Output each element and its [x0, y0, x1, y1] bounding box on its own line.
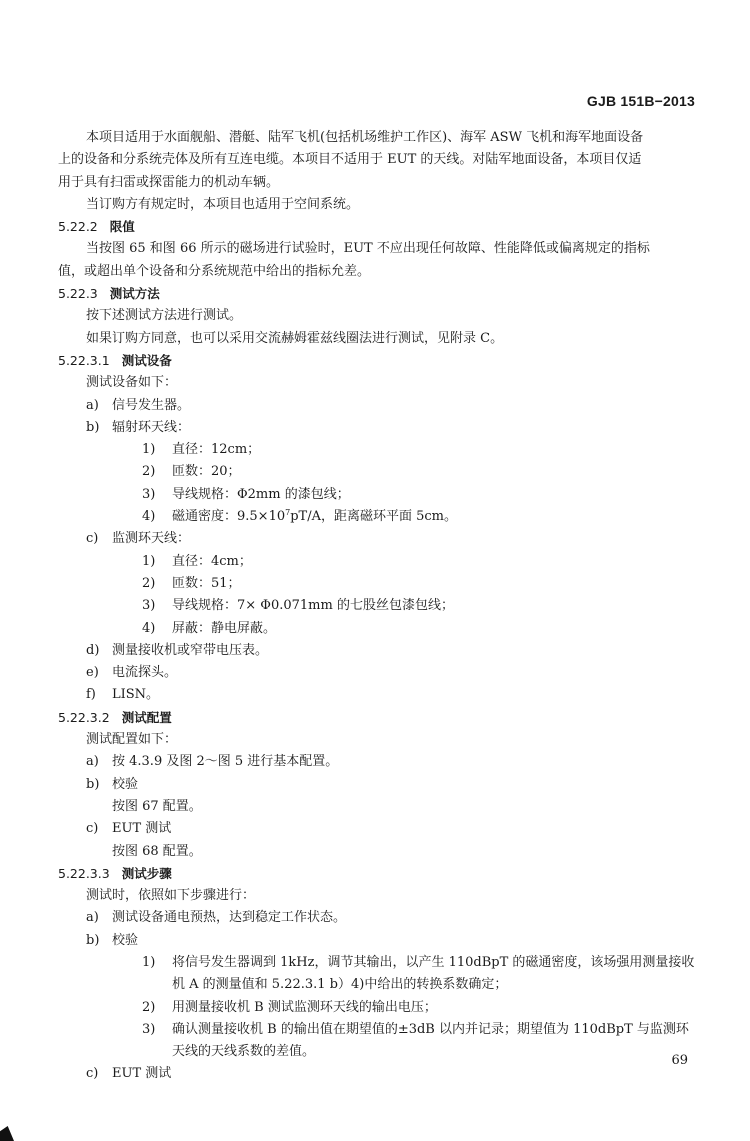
procedure-intro: 测试时，依照如下步骤进行：	[58, 885, 698, 907]
list-text: 导线规格：Φ2mm 的漆包线；	[172, 487, 350, 502]
list-marker: 4)	[142, 618, 172, 640]
list-marker: 1)	[142, 952, 172, 974]
section-number: 5.22.3.2	[58, 707, 110, 729]
section-heading-5-22-3-2: 5.22.3.2测试配置	[58, 707, 698, 729]
list-text: 校验	[112, 777, 138, 792]
list-item: b)校验	[58, 930, 698, 952]
list-marker: c)	[86, 1063, 112, 1085]
standard-code-header: GJB 151B−2013	[587, 93, 695, 109]
list-text: 电流探头。	[112, 665, 177, 680]
section-heading-5-22-3-3: 5.22.3.3测试步骤	[58, 863, 698, 885]
sub-list-item: 4)屏蔽：静电屏蔽。	[58, 618, 698, 640]
method-paragraph: 如果订购方同意，也可以采用交流赫姆霍兹线圈法进行测试，见附录 C。	[58, 328, 698, 350]
sub-list-item: 1)直径：4cm；	[58, 551, 698, 573]
list-item: a)信号发生器。	[58, 395, 698, 417]
section-title: 测试设备	[122, 353, 172, 368]
list-text: 直径：12cm；	[172, 442, 260, 457]
list-marker: e)	[86, 662, 112, 684]
section-heading-5-22-3: 5.22.3测试方法	[58, 283, 698, 305]
section-number: 5.22.3.3	[58, 863, 110, 885]
list-item: f)LISN。	[58, 684, 698, 706]
list-marker: 3)	[142, 595, 172, 617]
list-text: 磁通密度：9.5×10	[172, 509, 285, 524]
sub-list-item: 3)导线规格：7× Φ0.071mm 的七股丝包漆包线；	[58, 595, 698, 617]
intro-paragraph-2: 当订购方有规定时，本项目也适用于空间系统。	[58, 194, 698, 216]
section-number: 5.22.2	[58, 216, 98, 238]
list-text: 测量接收机或窄带电压表。	[112, 643, 268, 658]
list-marker: 3)	[142, 484, 172, 506]
list-text: LISN。	[112, 687, 159, 702]
sub-list-item: 3)确认测量接收机 B 的输出值在期望值的±3dB 以内并记录；期望值为 110…	[58, 1019, 698, 1041]
section-heading-5-22-3-1: 5.22.3.1测试设备	[58, 350, 698, 372]
list-marker: 2)	[142, 997, 172, 1019]
scan-artifact	[0, 1126, 14, 1141]
list-detail: 按图 67 配置。	[58, 796, 698, 818]
sub-list-item: 1)直径：12cm；	[58, 439, 698, 461]
list-marker: a)	[86, 907, 112, 929]
sub-list-item: 4)磁通密度：9.5×107pT/A，距离磁环平面 5cm。	[58, 506, 698, 528]
list-text: 屏蔽：静电屏蔽。	[172, 621, 276, 636]
list-text: 匝数：20；	[172, 464, 241, 479]
list-item: b)校验	[58, 774, 698, 796]
section-number: 5.22.3.1	[58, 350, 110, 372]
list-text: 直径：4cm；	[172, 554, 252, 569]
list-item: a)按 4.3.9 及图 2～图 5 进行基本配置。	[58, 751, 698, 773]
list-text: 导线规格：7× Φ0.071mm 的七股丝包漆包线；	[172, 598, 454, 613]
section-title: 限值	[110, 219, 135, 234]
sub-list-item: 3)导线规格：Φ2mm 的漆包线；	[58, 484, 698, 506]
list-text: 按 4.3.9 及图 2～图 5 进行基本配置。	[112, 754, 338, 769]
sub-list-item: 1)将信号发生器调到 1kHz，调节其输出，以产生 110dBpT 的磁通密度，…	[58, 952, 698, 974]
section-heading-5-22-2: 5.22.2限值	[58, 216, 698, 238]
list-marker: 3)	[142, 1019, 172, 1041]
section-number: 5.22.3	[58, 283, 98, 305]
list-marker: c)	[86, 818, 112, 840]
list-text: 校验	[112, 933, 138, 948]
list-marker: b)	[86, 417, 112, 439]
config-intro: 测试配置如下：	[58, 729, 698, 751]
section-title: 测试配置	[122, 710, 172, 725]
list-item: d)测量接收机或窄带电压表。	[58, 640, 698, 662]
page-number: 69	[671, 1053, 688, 1068]
equipment-intro: 测试设备如下：	[58, 372, 698, 394]
list-marker: f)	[86, 684, 112, 706]
intro-paragraph-line: 本项目适用于水面舰船、潜艇、陆军飞机(包括机场维护工作区)、海军 ASW 飞机和…	[58, 127, 698, 149]
list-marker: b)	[86, 774, 112, 796]
list-item: e)电流探头。	[58, 662, 698, 684]
list-marker: 2)	[142, 461, 172, 483]
list-text: EUT 测试	[112, 1066, 171, 1081]
list-marker: 1)	[142, 439, 172, 461]
sub-list-item: 2)匝数：51；	[58, 573, 698, 595]
limit-paragraph-line: 当按图 65 和图 66 所示的磁场进行试验时，EUT 不应出现任何故障、性能降…	[58, 238, 698, 260]
sub-list-continuation: 天线的天线系数的差值。	[58, 1041, 698, 1063]
section-title: 测试方法	[110, 286, 160, 301]
limit-paragraph-line: 值，或超出单个设备和分系统规范中给出的指标允差。	[58, 261, 698, 283]
list-text: 辐射环天线：	[112, 420, 190, 435]
sub-list-item: 2)匝数：20；	[58, 461, 698, 483]
list-text: 将信号发生器调到 1kHz，调节其输出，以产生 110dBpT 的磁通密度，该场…	[172, 955, 694, 970]
document-body: 本项目适用于水面舰船、潜艇、陆军飞机(包括机场维护工作区)、海军 ASW 飞机和…	[58, 127, 698, 1086]
list-text: 监测环天线：	[112, 531, 190, 546]
list-marker: a)	[86, 395, 112, 417]
list-text: EUT 测试	[112, 821, 171, 836]
list-detail: 按图 68 配置。	[58, 841, 698, 863]
list-marker: c)	[86, 528, 112, 550]
list-text: 匝数：51；	[172, 576, 241, 591]
list-marker: a)	[86, 751, 112, 773]
list-item: a)测试设备通电预热，达到稳定工作状态。	[58, 907, 698, 929]
list-item: c)EUT 测试	[58, 818, 698, 840]
method-paragraph: 按下述测试方法进行测试。	[58, 305, 698, 327]
list-item: b)辐射环天线：	[58, 417, 698, 439]
list-marker: 1)	[142, 551, 172, 573]
list-text: 用测量接收机 B 测试监测环天线的输出电压；	[172, 1000, 437, 1015]
intro-paragraph-line: 上的设备和分系统壳体及所有互连电缆。本项目不适用于 EUT 的天线。对陆军地面设…	[58, 149, 698, 171]
list-text: 确认测量接收机 B 的输出值在期望值的±3dB 以内并记录；期望值为 110dB…	[172, 1022, 689, 1037]
list-text: 信号发生器。	[112, 398, 190, 413]
list-text: 测试设备通电预热，达到稳定工作状态。	[112, 910, 346, 925]
list-marker: 4)	[142, 506, 172, 528]
list-item: c)监测环天线：	[58, 528, 698, 550]
list-marker: b)	[86, 930, 112, 952]
sub-list-item: 2)用测量接收机 B 测试监测环天线的输出电压；	[58, 997, 698, 1019]
list-marker: 2)	[142, 573, 172, 595]
list-item: c)EUT 测试	[58, 1063, 698, 1085]
sub-list-continuation: 机 A 的测量值和 5.22.3.1 b）4)中给出的转换系数确定；	[58, 974, 698, 996]
list-text: pT/A，距离磁环平面 5cm。	[290, 509, 457, 524]
list-marker: d)	[86, 640, 112, 662]
section-title: 测试步骤	[122, 866, 172, 881]
intro-paragraph-line: 用于具有扫雷或探雷能力的机动车辆。	[58, 172, 698, 194]
